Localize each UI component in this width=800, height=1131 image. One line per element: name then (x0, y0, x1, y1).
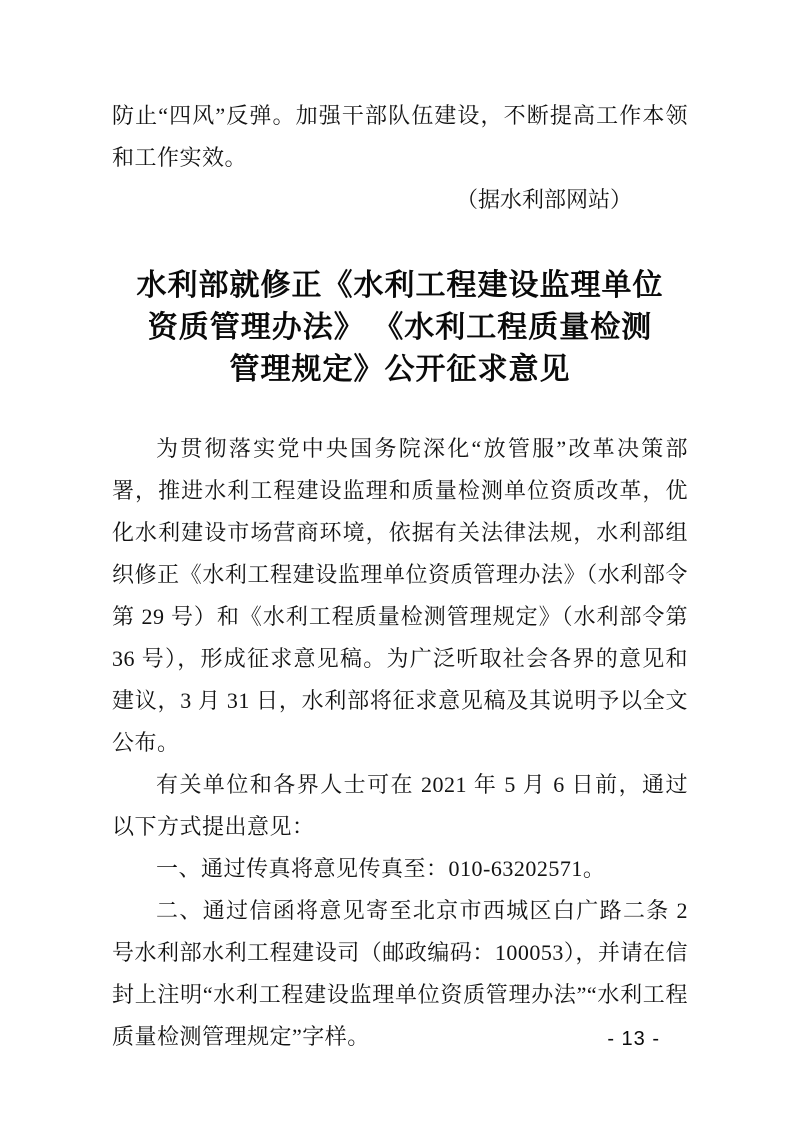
page-number: - 13 - (607, 1028, 660, 1051)
article-title-line-2: 资质管理办法》 《水利工程质量检测 (112, 307, 688, 349)
source-attribution: （据水利部网站） (112, 179, 688, 221)
article-body: 为贯彻落实党中央国务院深化“放管服”改革决策部署，推进水利工程建设监理和质量检测… (112, 428, 688, 1058)
document-page: 防止“四风”反弹。加强干部队伍建设，不断提高工作本领和工作实效。 （据水利部网站… (0, 0, 800, 1131)
article-title-line-1: 水利部就修正《水利工程建设监理单位 (112, 265, 688, 307)
article-title: 水利部就修正《水利工程建设监理单位 资质管理办法》 《水利工程质量检测 管理规定… (112, 265, 688, 391)
intro-continuation-paragraph: 防止“四风”反弹。加强干部队伍建设，不断提高工作本领和工作实效。 (112, 95, 688, 179)
article-paragraph-4: 二、通过信函将意见寄至北京市西城区白广路二条 2 号水利部水利工程建设司（邮政编… (112, 890, 688, 1058)
article-paragraph-1: 为贯彻落实党中央国务院深化“放管服”改革决策部署，推进水利工程建设监理和质量检测… (112, 428, 688, 764)
article-paragraph-2: 有关单位和各界人士可在 2021 年 5 月 6 日前，通过以下方式提出意见： (112, 764, 688, 848)
article-title-line-3: 管理规定》公开征求意见 (112, 349, 688, 391)
page-content: 防止“四风”反弹。加强干部队伍建设，不断提高工作本领和工作实效。 （据水利部网站… (112, 95, 688, 1058)
article-paragraph-3: 一、通过传真将意见传真至：010-63202571。 (112, 848, 688, 890)
